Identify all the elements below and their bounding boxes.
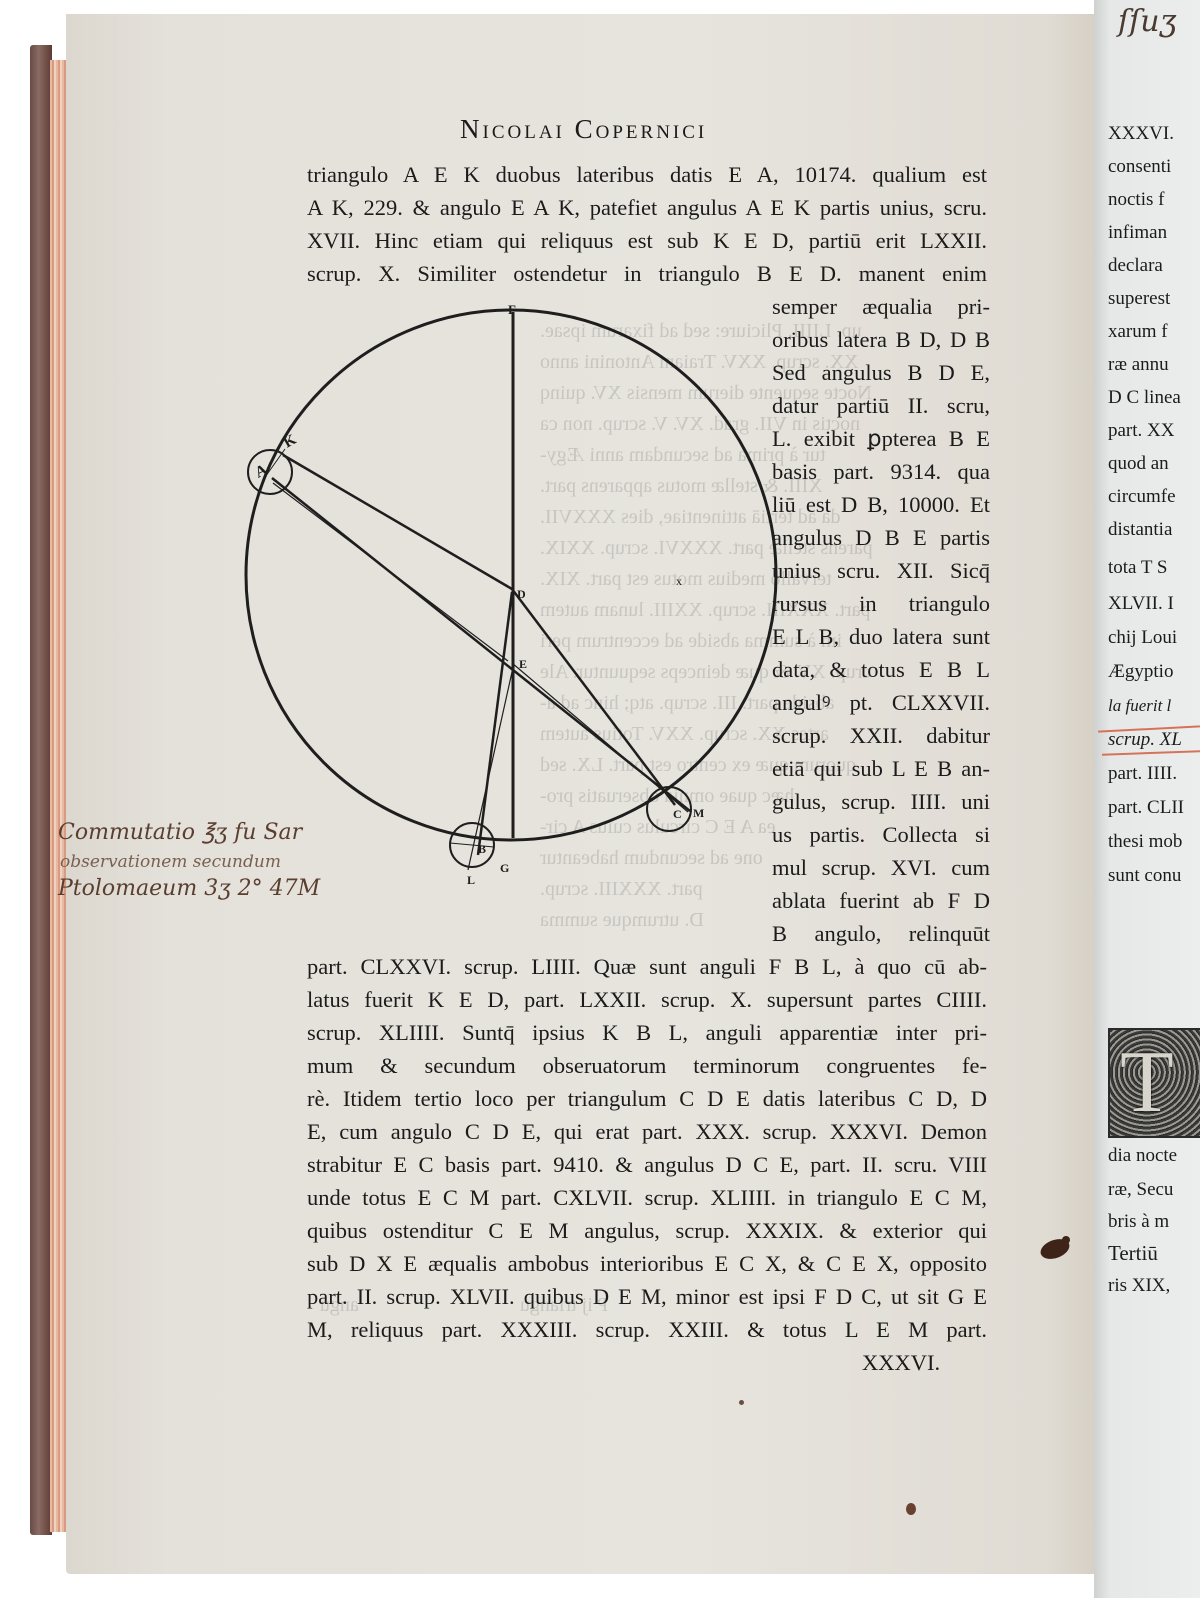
label-G: G	[500, 861, 509, 875]
marginalia-line: Ptolomaeum 3ʒ 2° 47M	[58, 876, 320, 901]
text-line: ris XIX,	[1108, 1272, 1170, 1299]
text-line: circumfe	[1108, 483, 1176, 510]
initial-letter: T	[1120, 1032, 1174, 1133]
marginalia-line: Commutatio ℥ʒ fu Sar	[58, 820, 302, 845]
eccentric-circle	[246, 310, 776, 840]
text-line: tota T S	[1108, 554, 1167, 581]
text-line: scrup. XL	[1108, 726, 1182, 753]
marginalia-top-right: ſſuʒ	[1118, 4, 1176, 39]
label-M: M	[693, 806, 704, 820]
label-X: x	[676, 574, 682, 588]
text-line: ræ, Secu	[1108, 1176, 1173, 1203]
label-E: E	[519, 657, 527, 671]
label-F: F	[508, 302, 516, 317]
text-line: Ægyptio	[1108, 658, 1173, 685]
text-line: bris à m	[1108, 1208, 1169, 1235]
text-line: consenti	[1108, 153, 1171, 180]
text-line: declara	[1108, 252, 1163, 279]
text-line: la fuerit l	[1108, 692, 1171, 719]
text-line: thesi mob	[1108, 828, 1182, 855]
text-line: Tertiū	[1108, 1240, 1158, 1267]
text-line: dia nocte	[1108, 1142, 1177, 1169]
text-line: XXXVI.	[1108, 120, 1174, 147]
label-C: C	[673, 807, 682, 821]
text-line: chij Loui	[1108, 624, 1177, 651]
geometric-diagram: F K A D E C M B G L x	[0, 0, 1200, 1598]
text-line: part. IIII.	[1108, 760, 1177, 787]
label-D: D	[517, 587, 526, 601]
text-line: part. XX	[1108, 417, 1174, 444]
decorated-initial: T	[1108, 1028, 1200, 1138]
ink-spot	[739, 1400, 744, 1405]
text-line: D C linea	[1108, 384, 1181, 411]
line-KD	[283, 455, 512, 589]
text-line: distantia	[1108, 516, 1172, 543]
text-line: XLVII. I	[1108, 590, 1174, 617]
line-B-tangent	[450, 843, 494, 847]
text-line: infiman	[1108, 219, 1167, 246]
line-AE	[273, 483, 508, 661]
text-line: ræ annu	[1108, 351, 1169, 378]
text-line: sunt conu	[1108, 862, 1181, 889]
text-line: xarum f	[1108, 318, 1168, 345]
marginalia-line: observationem secundum	[60, 852, 281, 872]
text-line: part. CLII	[1108, 794, 1184, 821]
label-K: K	[281, 432, 299, 452]
ink-spot	[906, 1503, 916, 1515]
line-EM	[512, 663, 688, 812]
line-DB	[478, 592, 512, 855]
text-line: superest	[1108, 285, 1170, 312]
text-line: noctis f	[1108, 186, 1164, 213]
ink-stain	[1062, 1236, 1070, 1244]
text-line: quod an	[1108, 450, 1169, 477]
label-L: L	[467, 873, 475, 887]
line-DC	[512, 589, 675, 805]
label-B: B	[478, 842, 486, 856]
